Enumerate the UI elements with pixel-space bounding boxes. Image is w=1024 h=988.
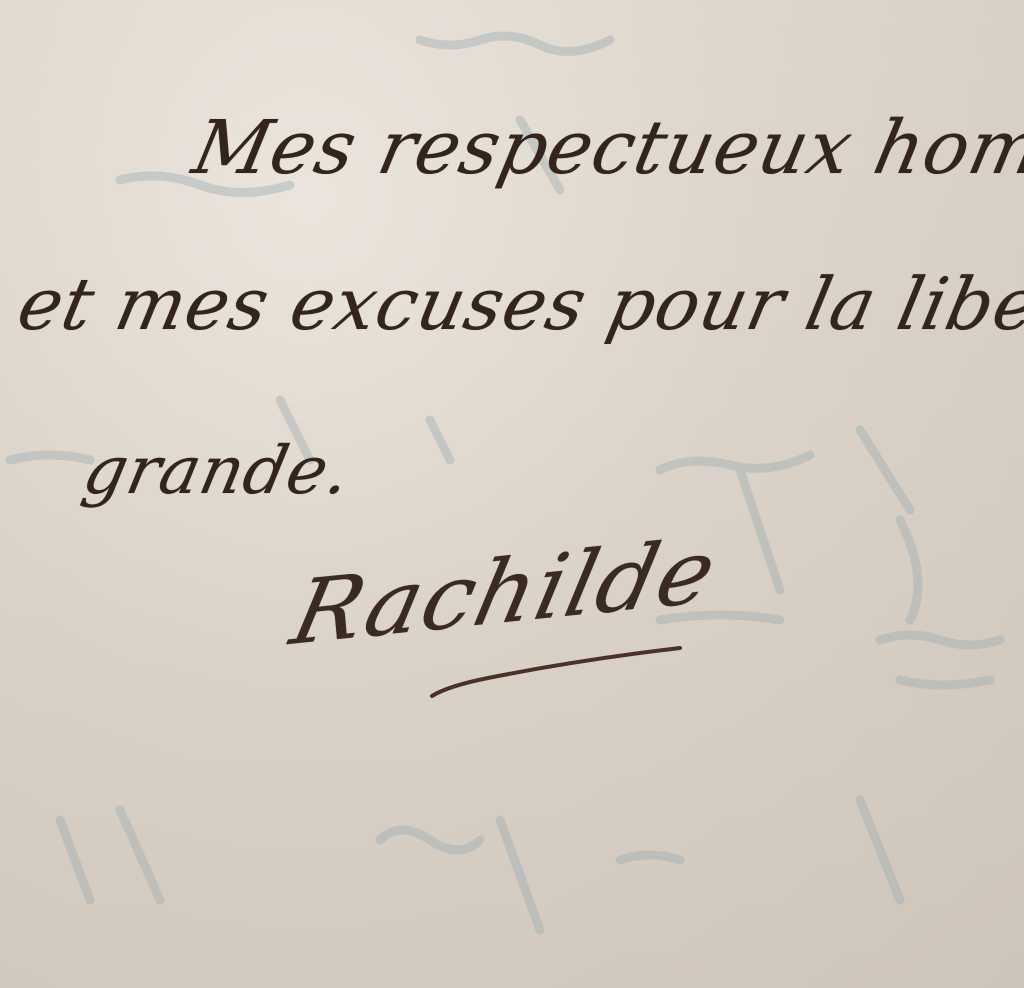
letter-line-3: grande. (77, 432, 358, 509)
signature-underline (428, 640, 688, 700)
letter-page: Mes respectueux hommages et mes excuses … (0, 0, 1024, 988)
letter-line-1: Mes respectueux hommages (186, 105, 1024, 191)
letter-line-2: et mes excuses pour la liberté (11, 262, 1024, 346)
